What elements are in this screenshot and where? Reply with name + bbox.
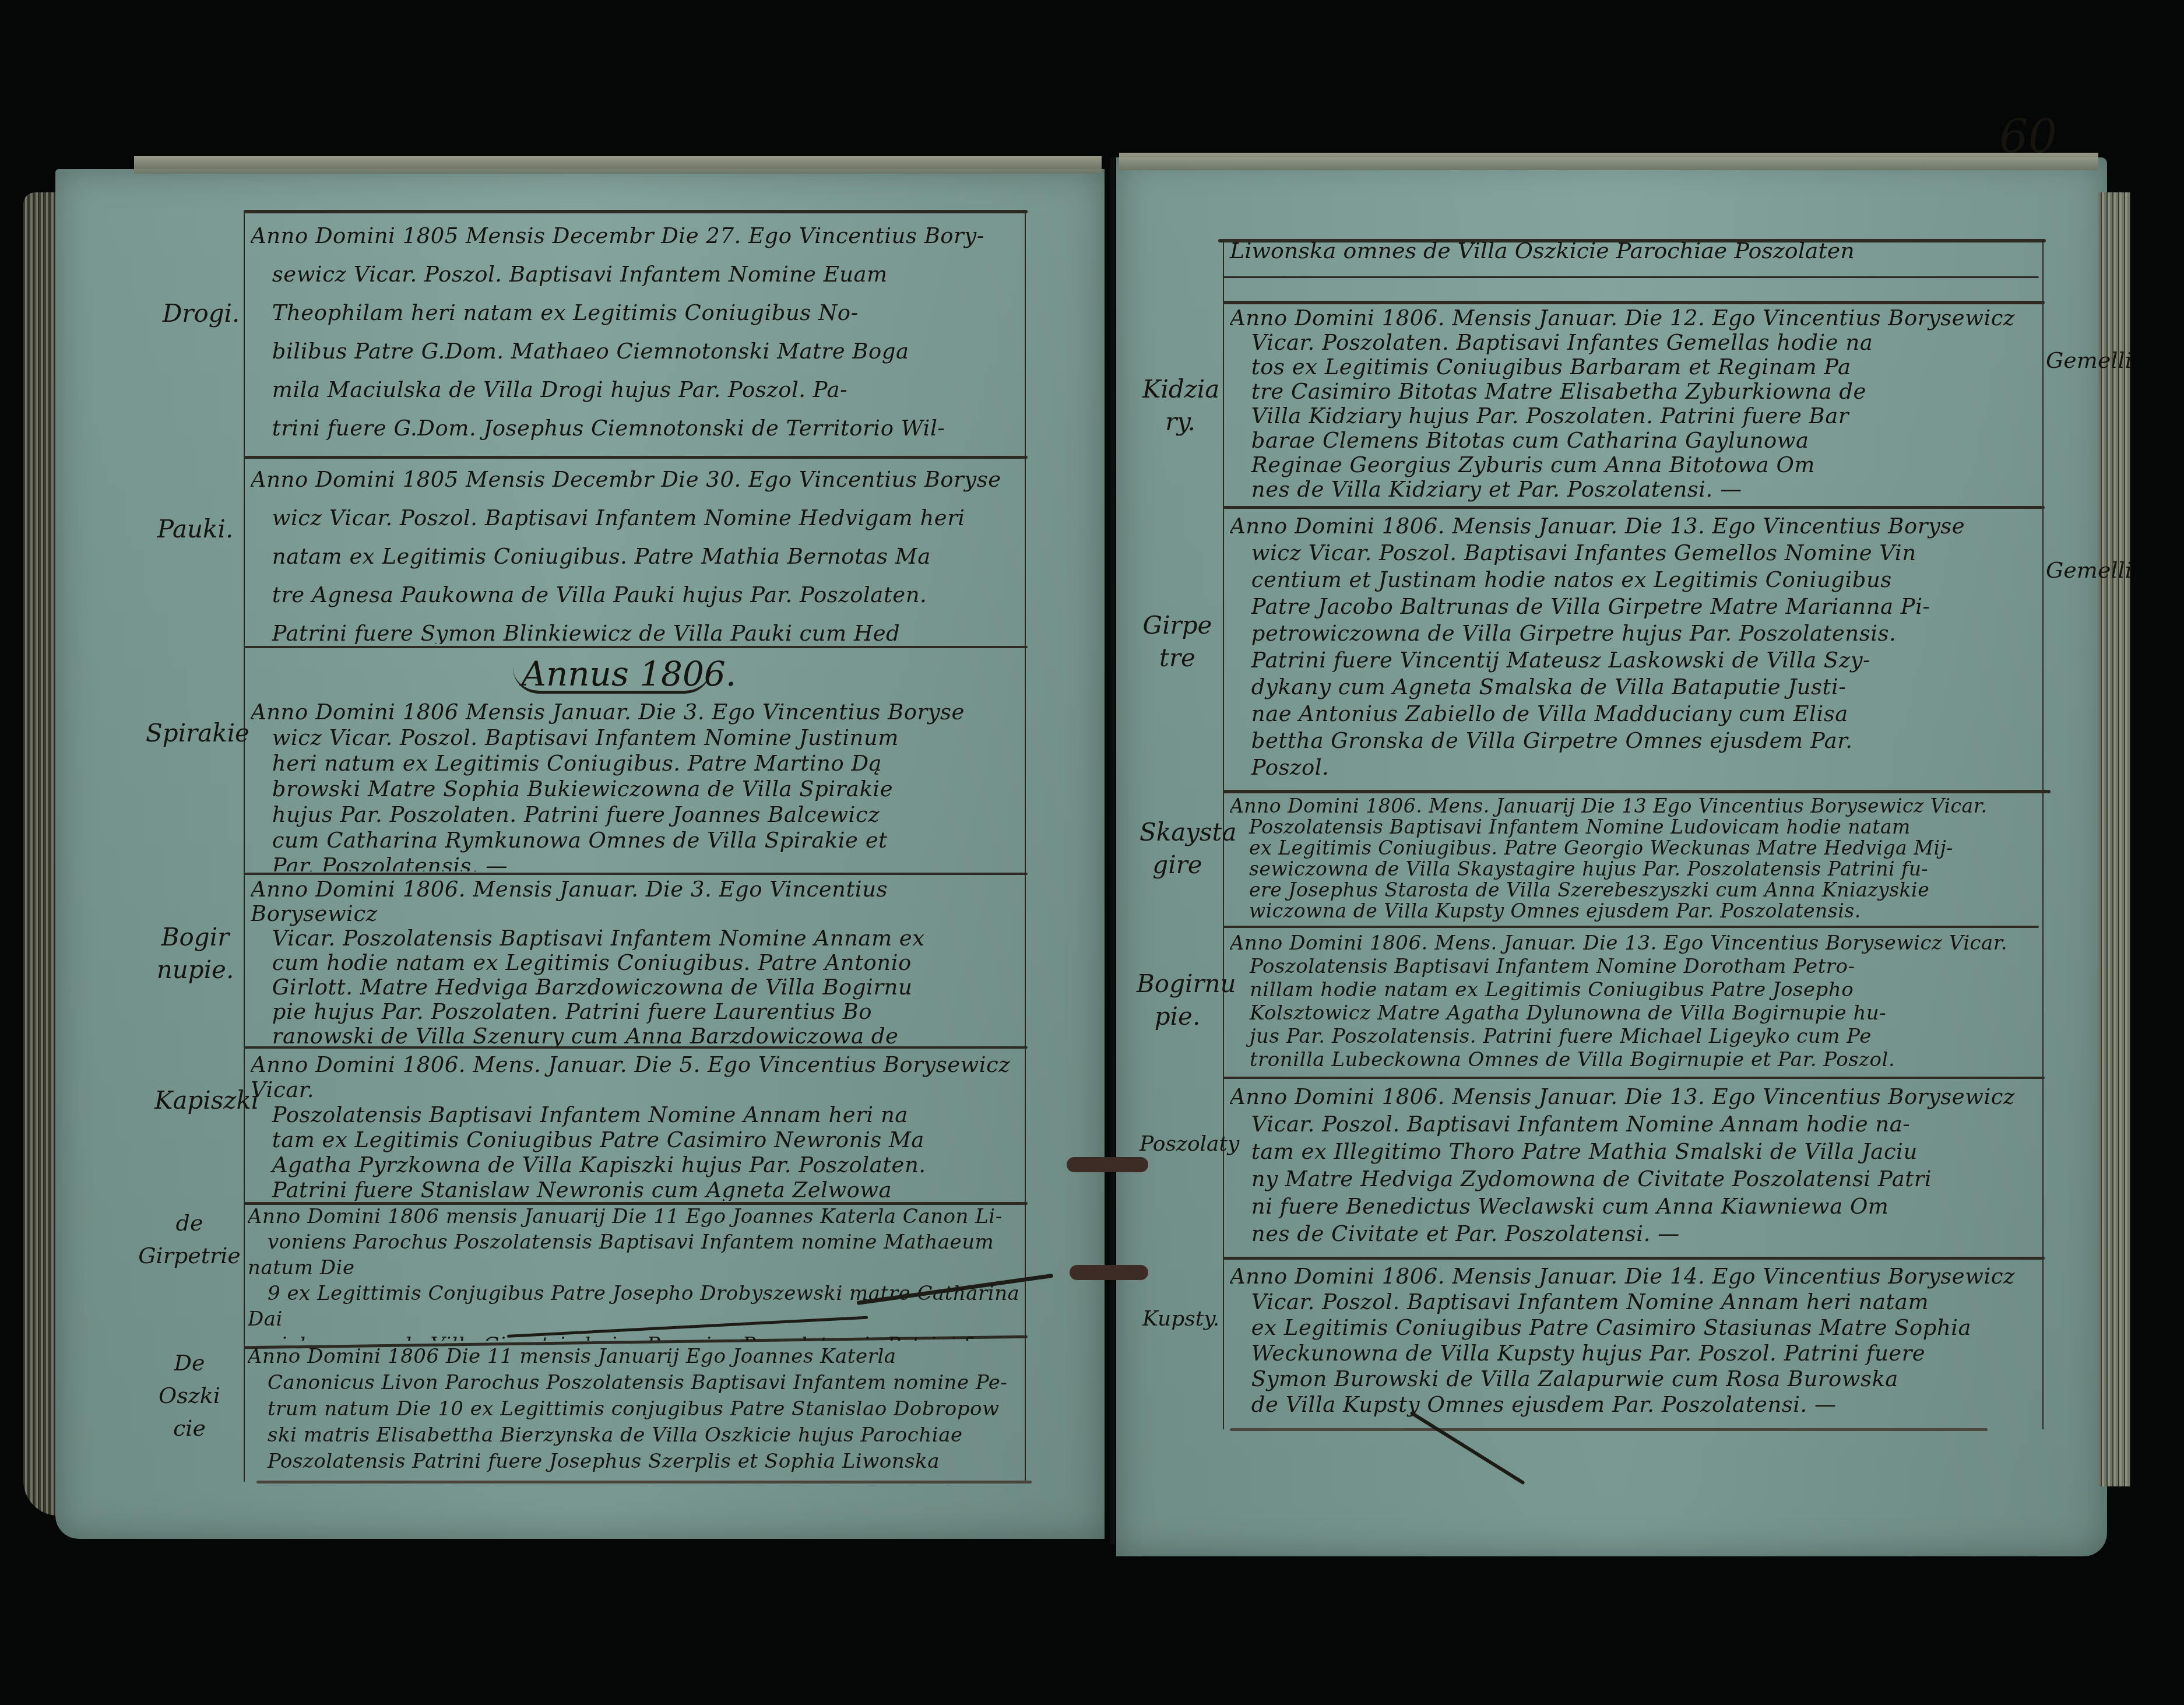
margin-village-label: Kapiszki [154,1084,242,1117]
baptism-entry: Anno Domini 1806. Mens. Januar. Die 13. … [1230,931,2040,1074]
entry-divider [244,1046,1028,1049]
margin-note-gemelli: Gemelli [2046,344,2110,377]
right-page-top-edge [1119,153,2098,170]
margin-note-gemelli: Gemelli [2046,554,2110,586]
book-page-stack-right [2098,192,2130,1486]
entry-divider [1230,1428,1988,1431]
baptism-entry-struck: Anno Domini 1806 mensis Januarij Die 11 … [248,1204,1023,1341]
baptism-entry: Anno Domini 1806 Die 11 mensis Januarij … [248,1344,1035,1481]
baptism-entry: Anno Domini 1806. Mensis Januar. Die 13.… [1230,513,2040,787]
entry-divider [244,646,1028,648]
entry-divider [1223,926,2039,928]
margin-village-label: Pauki. [154,513,236,546]
baptism-entry: Anno Domini 1806 Mensis Januar. Die 3. E… [251,699,1020,871]
margin-village-label: De Oszki cie [140,1347,239,1444]
entry-divider [1223,1257,2045,1260]
baptism-entry: Anno Domini 1806. Mensis Januar. Die 13.… [1230,1083,2040,1255]
margin-village-label: Girpe tre [1140,609,1215,674]
year-heading-brace [513,667,711,694]
entry-divider [244,873,1028,875]
entry-divider [256,1481,1032,1483]
margin-village-label: de Girpetrie [131,1207,248,1272]
margin-village-label: Skaysta gire [1140,816,1215,881]
baptism-entry: Anno Domini 1806. Mensis Januar. Die 3. … [251,877,1020,1046]
margin-village-label: Spirakie [146,717,239,750]
baptism-entry: Anno Domini 1806. Mens. Januarij Die 13 … [1230,796,2040,924]
entry-divider [1223,301,2045,304]
margin-village-label: Kidzia ry. [1142,373,1218,438]
entry-divider [1223,790,2051,793]
binding-stitch [1067,1157,1148,1172]
margin-village-label: Poszolaty [1140,1128,1215,1161]
entry-divider [244,210,1028,213]
baptism-entry: Anno Domini 1806. Mens. Januar. Die 5. E… [251,1052,1020,1201]
baptism-entry: Anno Domini 1806. Mensis Januar. Die 14.… [1230,1264,2040,1427]
baptism-entry: Anno Domini 1806. Mensis Januar. Die 12.… [1230,306,2040,504]
page-number: 60 [1999,111,2057,163]
margin-village-label: Drogi. [160,297,242,330]
binding-stitch [1070,1265,1148,1280]
margin-village-label: Bogirnu pie. [1137,968,1218,1033]
entry-divider [244,456,1028,459]
entry-divider [1223,506,2045,509]
header-underline [1223,276,2039,278]
entry-divider [1223,1077,2045,1079]
baptism-entry: Anno Domini 1805 Mensis Decembr Die 27. … [251,217,1020,456]
margin-village-label: Kupsty. [1142,1303,1212,1335]
baptism-entry: Anno Domini 1805 Mensis Decembr Die 30. … [251,460,1020,644]
margin-village-label: Bogir nupie. [154,921,236,986]
left-page-top-edge [134,156,1102,174]
book-spine [1110,157,1115,1545]
